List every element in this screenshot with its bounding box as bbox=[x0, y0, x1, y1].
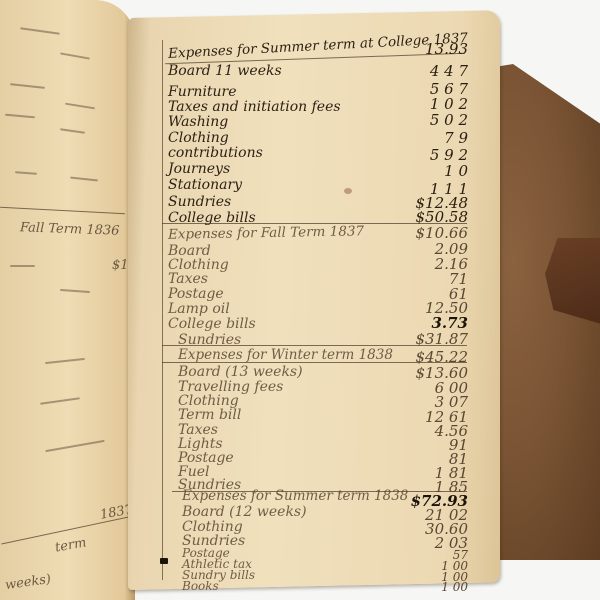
ledger-item-label: Clothing bbox=[182, 520, 243, 534]
ledger-item-label: College bills bbox=[168, 317, 256, 331]
ledger-item-label: contributions bbox=[168, 146, 263, 160]
left-page-heading: Fall Term 1836 bbox=[20, 220, 120, 238]
ledger-item-label: Clothing bbox=[178, 394, 239, 408]
ruled-dash bbox=[60, 289, 90, 293]
ruled-dash bbox=[45, 440, 104, 452]
ledger-item-label: Postage bbox=[168, 287, 224, 301]
ledger-item-label: Washing bbox=[168, 115, 228, 129]
ledger-item-amount: 1 0 2 bbox=[430, 97, 468, 112]
ledger-item-label: Clothing bbox=[168, 131, 229, 145]
ledger-item-label: Postage bbox=[178, 451, 234, 465]
section-total: $10.66 bbox=[416, 226, 469, 241]
section-heading: Expenses for Fall Term 1837 bbox=[168, 225, 364, 242]
ledger-item-amount: 7 9 bbox=[444, 131, 468, 146]
section-heading: Expenses for Summer term 1838 bbox=[182, 490, 408, 504]
left-page: Fall Term 1836 $114 1837 term weeks) bbox=[0, 0, 135, 600]
ledger-item-label: Travelling fees bbox=[178, 380, 283, 394]
ledger-item-amount: 5 0 2 bbox=[430, 113, 468, 128]
ledger-item-label: Books bbox=[182, 580, 219, 592]
ledger-item-amount: $31.87 bbox=[416, 332, 469, 347]
margin-line bbox=[162, 40, 163, 580]
ledger-item-amount: 1 0 bbox=[444, 164, 468, 179]
ledger-item-label: Clothing bbox=[168, 258, 229, 272]
section-heading: Expenses for Winter term 1838 bbox=[178, 349, 393, 363]
ruled-dash bbox=[60, 52, 90, 59]
ruled-dash bbox=[45, 358, 85, 364]
ledger-item-label: Stationary bbox=[168, 178, 242, 192]
ledger-item-label: Taxes bbox=[178, 423, 218, 437]
ruled-dash bbox=[15, 171, 37, 175]
ledger-item-amount: 5 9 2 bbox=[430, 148, 468, 163]
ruled-dash bbox=[5, 114, 35, 119]
ledger-item-label: Board (12 weeks) bbox=[182, 505, 307, 519]
ledger-item-label: Board bbox=[168, 244, 211, 258]
ledger-item-amount: 4 4 7 bbox=[430, 64, 468, 79]
section-rule bbox=[0, 207, 125, 215]
ledger-item-amount: 1 00 bbox=[441, 581, 468, 593]
ledger-item-amount: $50.58 bbox=[416, 210, 469, 225]
ruled-dash bbox=[40, 397, 80, 405]
ledger-item-label: Sundries bbox=[168, 195, 231, 209]
ruled-dash bbox=[10, 83, 45, 89]
ledger-item-label: Taxes and initiation fees bbox=[168, 100, 341, 114]
ruled-dash bbox=[10, 265, 35, 267]
ledger-item-label: Board 11 weeks bbox=[168, 64, 282, 78]
ledger-photo: Fall Term 1836 $114 1837 term weeks) Exp… bbox=[0, 0, 600, 600]
left-page-fragment: weeks) bbox=[4, 572, 52, 593]
ruled-dash bbox=[20, 27, 60, 35]
ledger-item-label: Journeys bbox=[168, 162, 230, 176]
ledger-item-label: Taxes bbox=[168, 272, 208, 286]
ledger-item-label: Furniture bbox=[168, 85, 237, 99]
paper-stain bbox=[344, 188, 352, 194]
amount-column: 13.93 4 4 7 5 6 7 1 0 2 5 0 2 7 9 5 9 2 … bbox=[380, 0, 468, 600]
ledger-item-label: Term bill bbox=[178, 408, 241, 422]
ledger-item-amount: 3.73 bbox=[431, 316, 468, 331]
ink-blot bbox=[160, 558, 168, 564]
ledger-item-label: Board (13 weeks) bbox=[178, 365, 303, 379]
ledger-item-label: Lamp oil bbox=[168, 302, 230, 316]
left-page-fragment: term bbox=[54, 535, 88, 555]
ruled-dash bbox=[65, 103, 95, 110]
section-total: 13.93 bbox=[425, 42, 468, 57]
section-total: $45.22 bbox=[416, 350, 469, 365]
ledger-item-label: Lights bbox=[178, 437, 223, 451]
ruled-dash bbox=[70, 177, 98, 182]
ruled-dash bbox=[60, 128, 85, 133]
